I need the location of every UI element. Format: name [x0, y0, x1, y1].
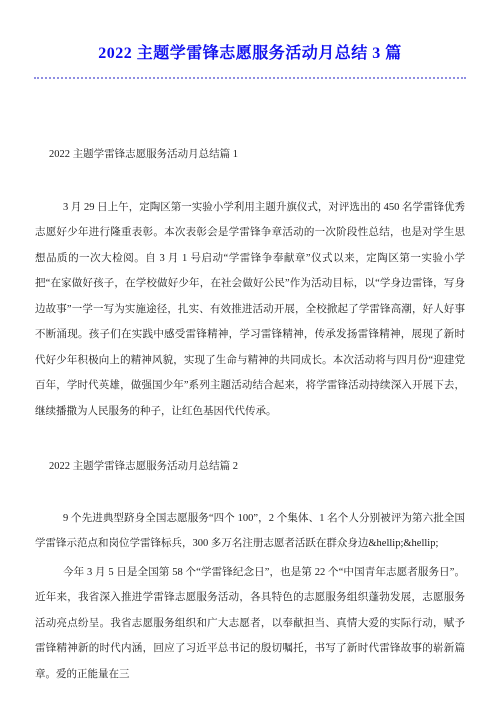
- document-body: 2022 主题学雷锋志愿服务活动月总结篇 1 3 月 29 日上午，定陶区第一实…: [35, 142, 465, 687]
- section-1-heading: 2022 主题学雷锋志愿服务活动月总结篇 1: [35, 142, 465, 168]
- section-1-paragraph-1: 3 月 29 日上午，定陶区第一实验小学利用主题升旗仪式，对评选出的 450 名…: [35, 195, 465, 425]
- document-title: 2022 主题学雷锋志愿服务活动月总结 3 篇: [30, 42, 470, 66]
- title-divider: [34, 77, 466, 79]
- document-page: 2022 主题学雷锋志愿服务活动月总结 3 篇 2022 主题学雷锋志愿服务活动…: [0, 0, 500, 708]
- section-2-paragraph-1: 9 个先进典型跻身全国志愿服务“四个 100”，2 个集体、1 名个人分别被评为…: [35, 506, 465, 557]
- section-2-heading: 2022 主题学雷锋志愿服务活动月总结篇 2: [35, 454, 465, 480]
- section-2-paragraph-2: 今年 3 月 5 日是全国第 58 个“学雷锋纪念日”，也是第 22 个“中国青…: [35, 560, 465, 688]
